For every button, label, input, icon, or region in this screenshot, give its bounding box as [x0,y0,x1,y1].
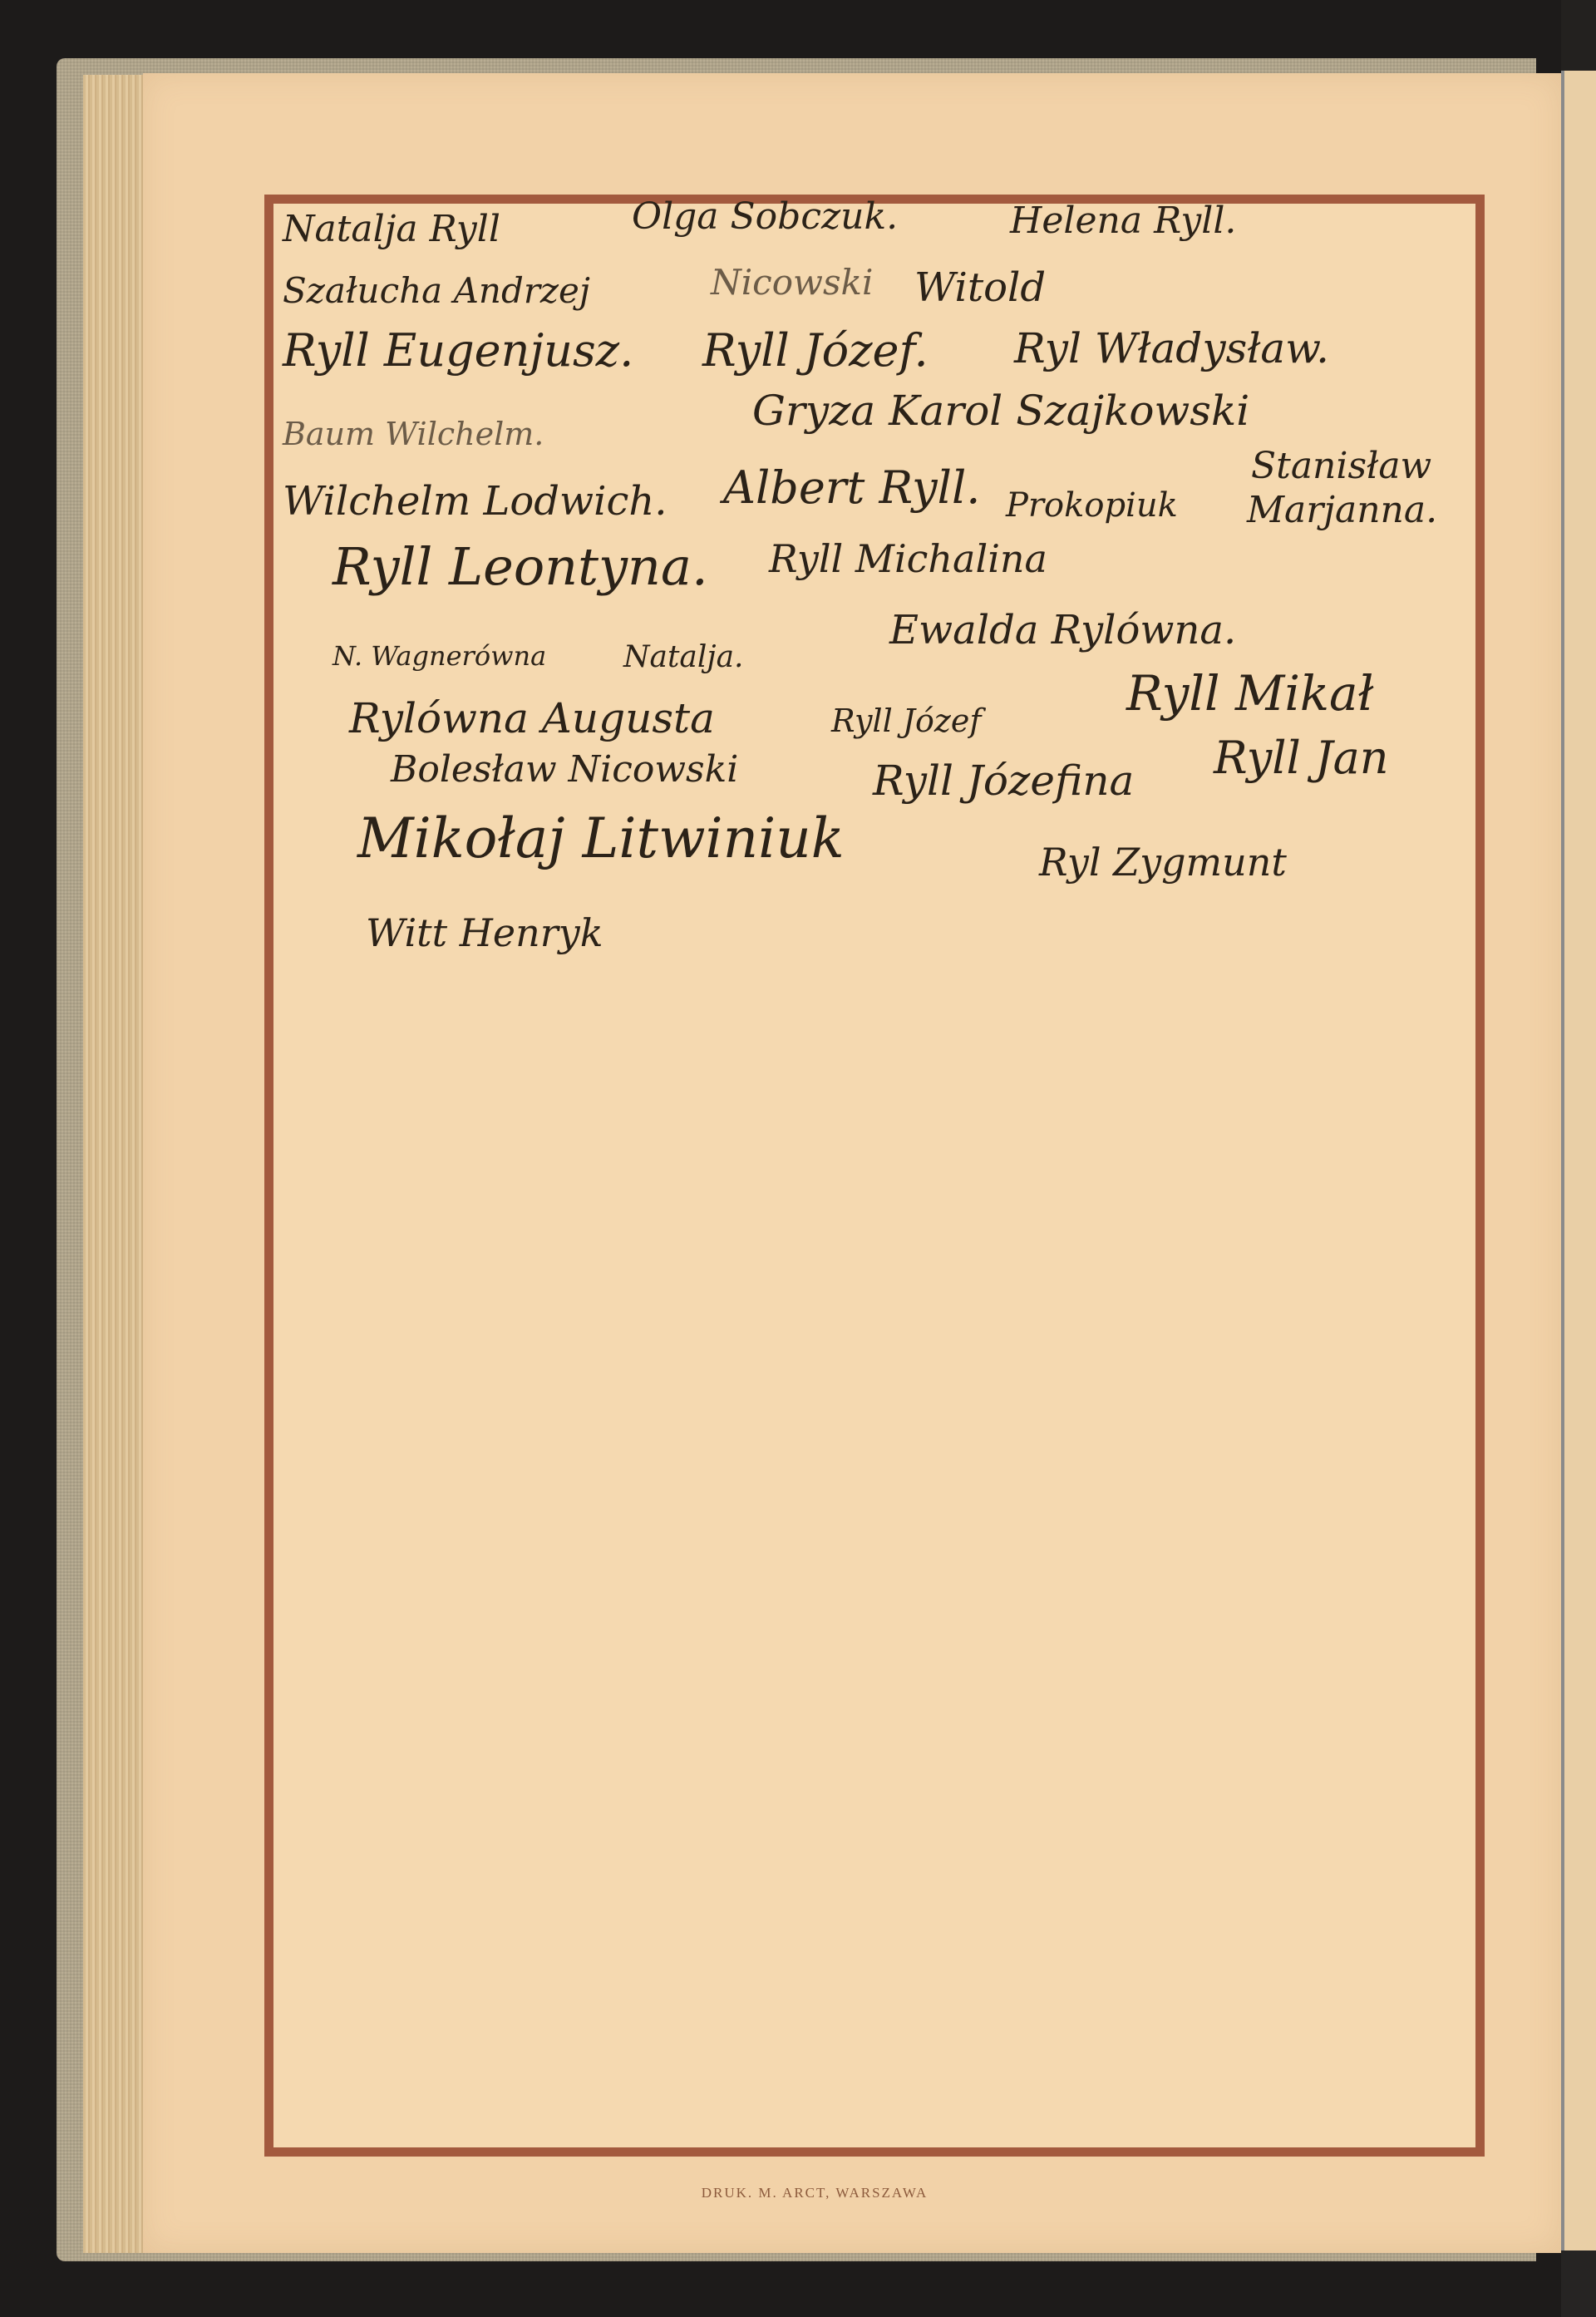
signature: Witold [914,264,1046,311]
signature: Wilchelm Lodwich. [283,478,667,525]
signature: Ryll Leontyna. [332,536,708,597]
signature: Ryll Józefina [873,757,1134,805]
signature: Rylówna Augusta [349,694,715,742]
signature: Nicowski [711,262,873,303]
signature: Ryll Józef. [702,324,929,377]
signature-list: Natalja RyllOlga Sobczuk.Helena Ryll.Sza… [0,0,1596,2317]
printer-imprint: DRUK. M. ARCT, WARSZAWA [0,2185,1596,2201]
signature: Ryl Zygmunt [1039,840,1287,885]
signature: Baum Wilchelm. [283,416,544,452]
signature: Natalja. [623,640,743,674]
signature: Ewalda Rylówna. [889,607,1236,653]
signature: Albert Ryll. [723,461,980,514]
signature: Ryll Józef [831,702,981,739]
signature: Witt Henryk [366,910,603,955]
signature: Szałucha Andrzej [283,270,590,311]
signature: Ryl Władysław. [1014,324,1329,372]
signature: Prokopiuk [1006,486,1178,525]
signature: Helena Ryll. [1010,200,1236,242]
signature: Natalja Ryll [283,208,500,250]
signature: Stanisław [1251,445,1431,487]
printer-imprint-text: DRUK. M. ARCT, WARSZAWA [702,2185,929,2201]
signature: Olga Sobczuk. [632,195,898,238]
signature: Marjanna. [1247,489,1437,531]
signature: N. Wagnerówna [332,640,546,672]
signature: Mikołaj Litwiniuk [357,806,845,870]
signature: Ryll Eugenjusz. [283,324,633,377]
signature: Bolesław Nicowski [391,748,738,791]
signature: Ryll Michalina [769,536,1047,581]
signature: Gryza Karol Szajkowski [752,387,1249,435]
signature: Ryll Mikał [1126,665,1373,722]
signature: Ryll Jan [1214,732,1389,784]
